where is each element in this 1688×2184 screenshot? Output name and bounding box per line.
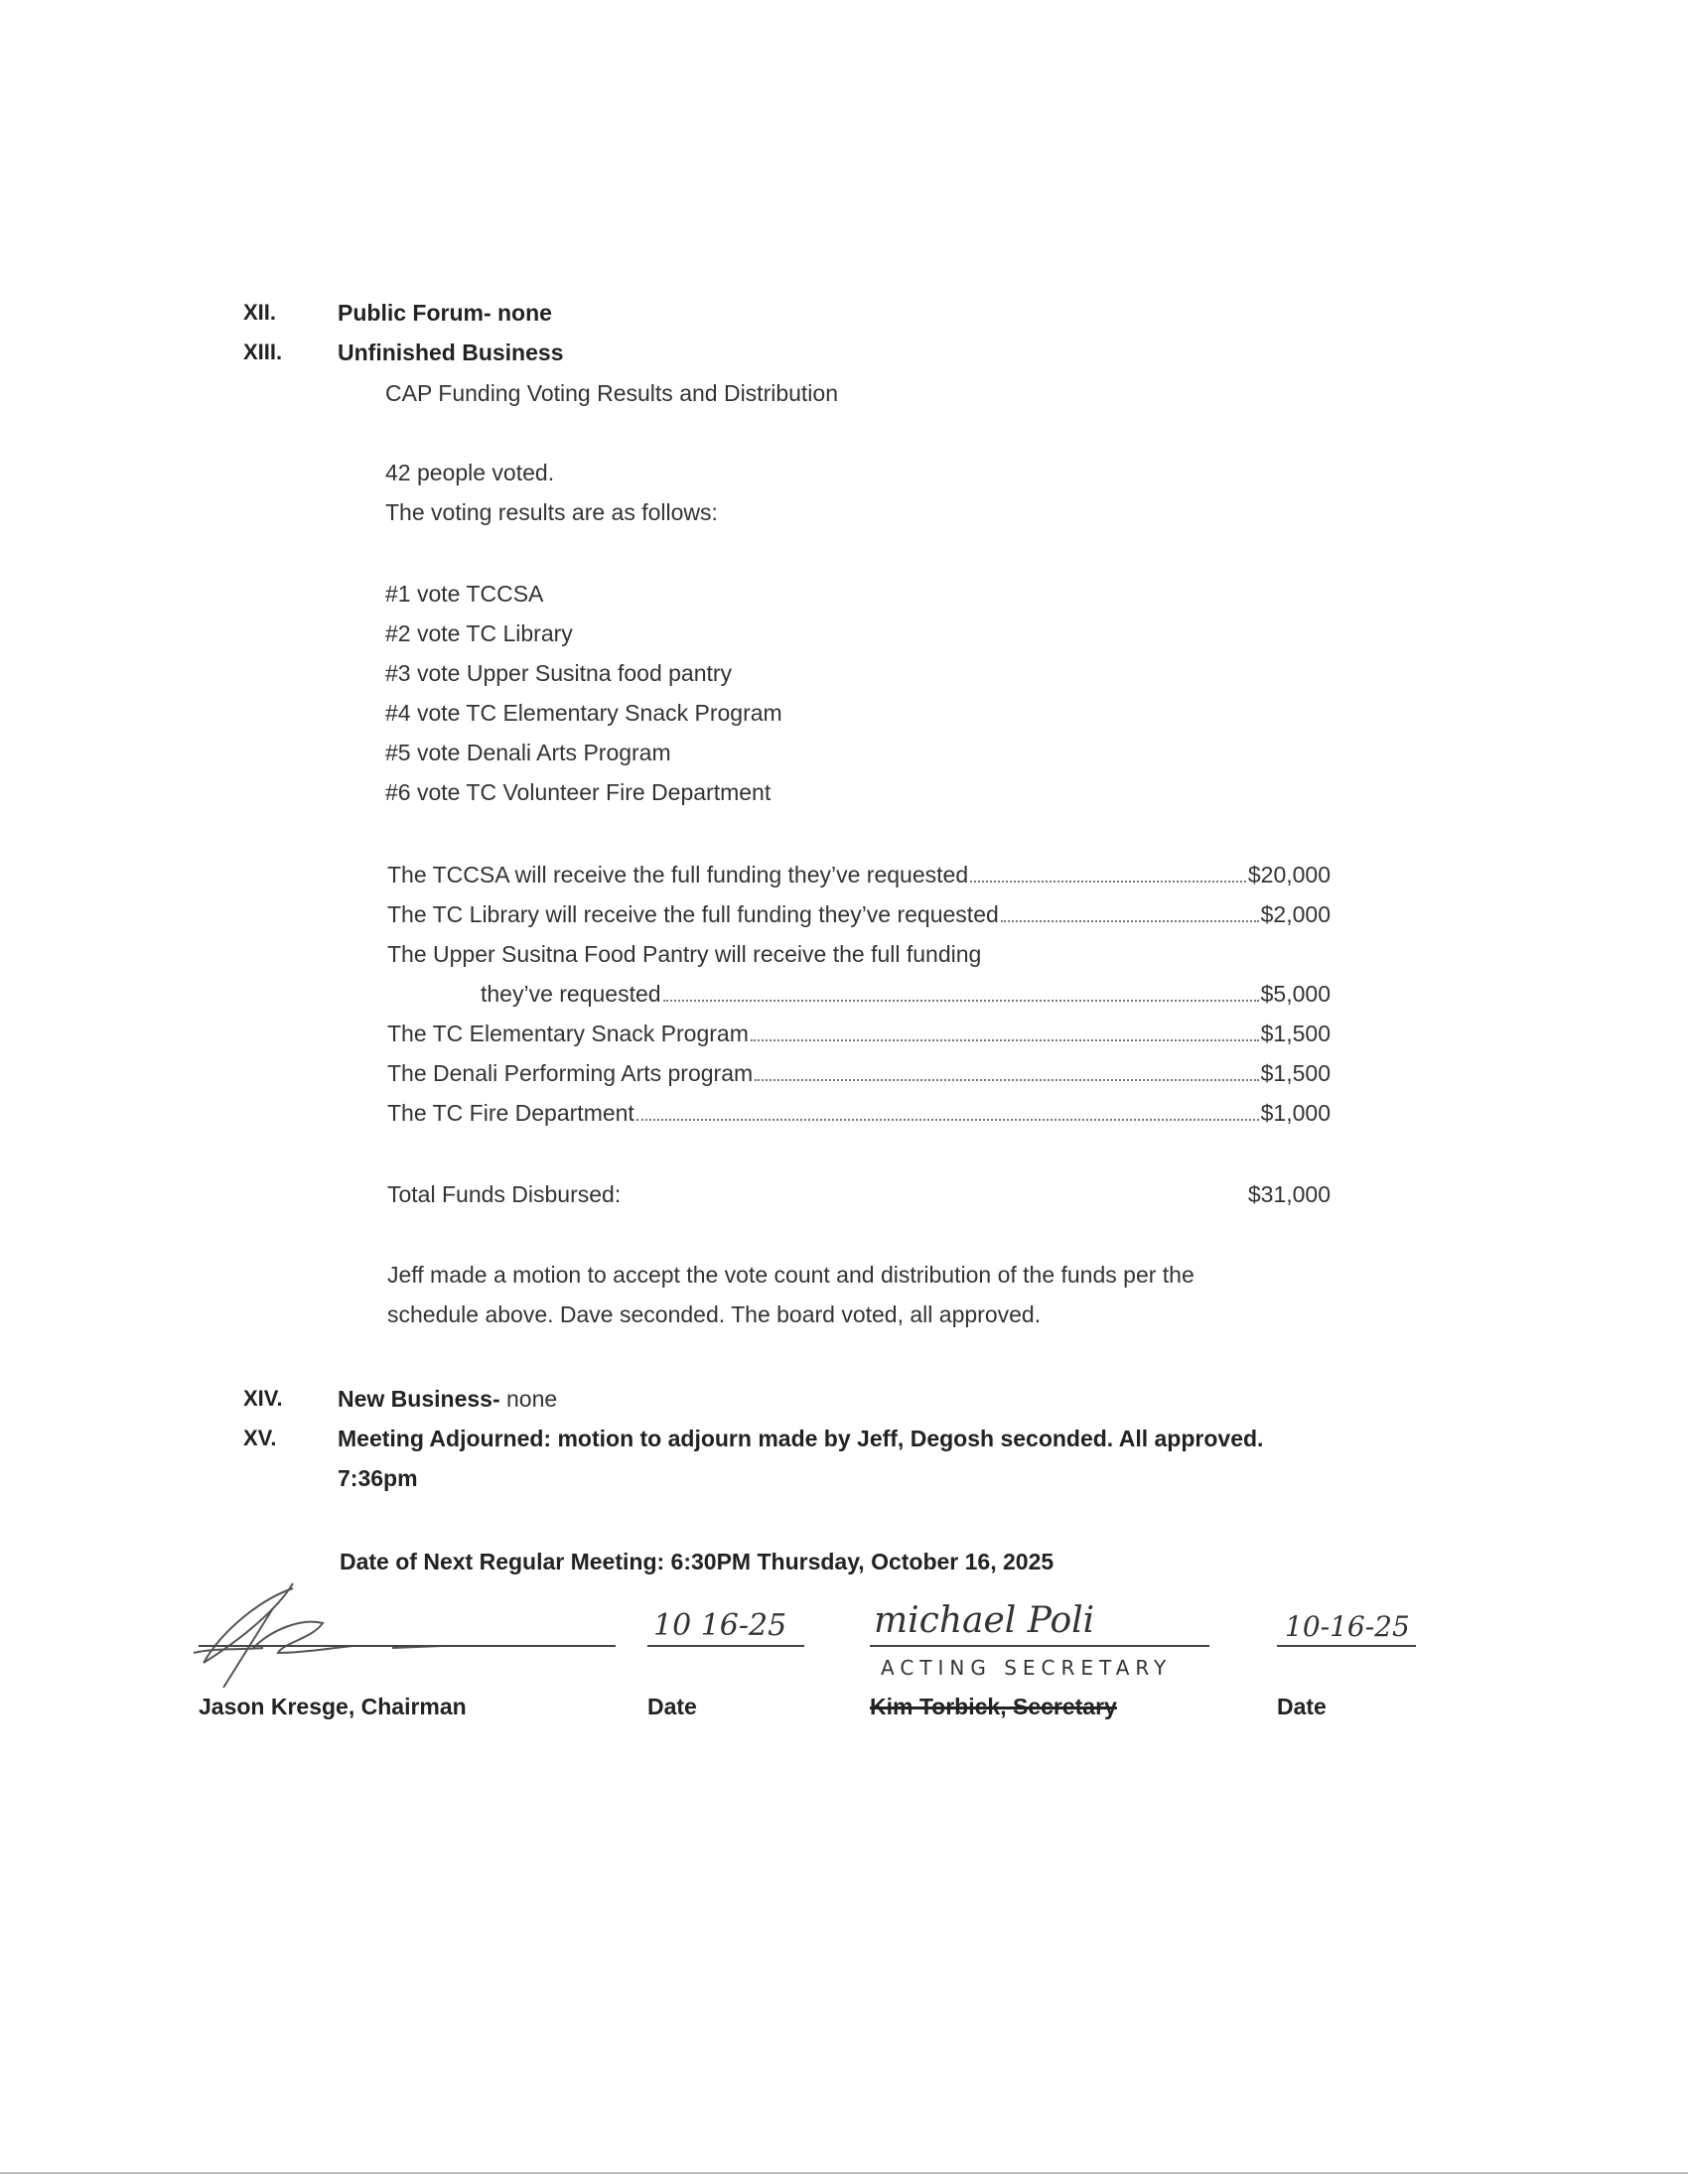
chairman-signature-icon: [184, 1578, 621, 1688]
funding-label: The Denali Performing Arts program: [387, 1060, 753, 1087]
adjourn-time: 7:36pm: [338, 1465, 418, 1492]
funding-row: they’ve requested $5,000: [481, 981, 1331, 1008]
scan-edge-divider: [0, 2172, 1688, 2174]
leader-dots: [755, 1079, 1258, 1081]
list-item: #5 vote Denali Arts Program: [385, 740, 671, 766]
leader-dots: [663, 1000, 1259, 1002]
date-label-1: Date: [647, 1694, 697, 1720]
cap-funding-subtitle: CAP Funding Voting Results and Distribut…: [385, 380, 838, 407]
date-label-2: Date: [1277, 1694, 1327, 1720]
funding-amount: $5,000: [1261, 981, 1331, 1008]
section-title-suffix: none: [500, 1386, 558, 1412]
leader-dots: [751, 1039, 1259, 1041]
voter-count: 42 people voted.: [385, 460, 554, 486]
section-number-xii: XII.: [243, 300, 276, 326]
total-label: Total Funds Disbursed:: [387, 1181, 621, 1208]
section-number-xiii: XIII.: [243, 340, 282, 365]
funding-label: The TC Library will receive the full fun…: [387, 901, 999, 928]
date-value-1: 10 16-25: [653, 1608, 786, 1643]
secretary-signature-line: [870, 1645, 1209, 1647]
section-title-new-business: New Business-: [338, 1386, 500, 1412]
funding-label-continued: they’ve requested: [481, 981, 661, 1008]
funding-row: The TC Library will receive the full fun…: [387, 901, 1331, 928]
date-value-2: 10-16-25: [1285, 1610, 1410, 1643]
total-row: Total Funds Disbursed: $31,000: [387, 1181, 1331, 1208]
list-item: #3 vote Upper Susitna food pantry: [385, 660, 732, 687]
leader-dots: [1001, 920, 1259, 922]
list-item: #1 vote TCCSA: [385, 581, 543, 608]
funding-row: The TC Elementary Snack Program $1,500: [387, 1021, 1331, 1047]
next-meeting-date: Date of Next Regular Meeting: 6:30PM Thu…: [340, 1549, 1054, 1575]
secretary-signature: michael Poli: [874, 1600, 1094, 1641]
results-intro: The voting results are as follows:: [385, 499, 718, 526]
acting-secretary-note: ACTING SECRETARY: [881, 1656, 1172, 1680]
funding-amount: $1,500: [1261, 1021, 1331, 1047]
date-line-2: [1277, 1645, 1416, 1647]
chairman-label: Jason Kresge, Chairman: [199, 1694, 467, 1720]
funding-label: The TC Fire Department: [387, 1100, 634, 1127]
list-item: #4 vote TC Elementary Snack Program: [385, 700, 782, 727]
section-number-xv: XV.: [243, 1426, 276, 1451]
section-title-public-forum: Public Forum- none: [338, 300, 552, 327]
leader-dots: [970, 881, 1246, 883]
leader-dots: [636, 1119, 1259, 1121]
list-item: #6 vote TC Volunteer Fire Department: [385, 779, 771, 806]
motion-text-line-2: schedule above. Dave seconded. The board…: [387, 1301, 1041, 1328]
chairman-signature-line: [199, 1645, 616, 1647]
funding-row: The TCCSA will receive the full funding …: [387, 862, 1331, 888]
funding-amount: $20,000: [1248, 862, 1331, 888]
funding-label: The TCCSA will receive the full funding …: [387, 862, 968, 888]
section-new-business: New Business- none: [338, 1386, 557, 1413]
motion-text-line-1: Jeff made a motion to accept the vote co…: [387, 1262, 1195, 1289]
funding-row: The Denali Performing Arts program $1,50…: [387, 1060, 1331, 1087]
total-amount: $31,000: [1248, 1181, 1331, 1208]
section-title-adjourned: Meeting Adjourned: motion to adjourn mad…: [338, 1426, 1263, 1452]
funding-amount: $2,000: [1261, 901, 1331, 928]
list-item: #2 vote TC Library: [385, 620, 573, 647]
funding-label: The TC Elementary Snack Program: [387, 1021, 749, 1047]
section-title-unfinished-business: Unfinished Business: [338, 340, 563, 366]
funding-amount: $1,500: [1261, 1060, 1331, 1087]
funding-row: The TC Fire Department $1,000: [387, 1100, 1331, 1127]
date-line-1: [647, 1645, 804, 1647]
funding-label: The Upper Susitna Food Pantry will recei…: [387, 941, 981, 968]
funding-amount: $1,000: [1261, 1100, 1331, 1127]
section-number-xiv: XIV.: [243, 1386, 283, 1412]
secretary-label-struck: Kim Torbick, Secretary: [870, 1694, 1117, 1720]
